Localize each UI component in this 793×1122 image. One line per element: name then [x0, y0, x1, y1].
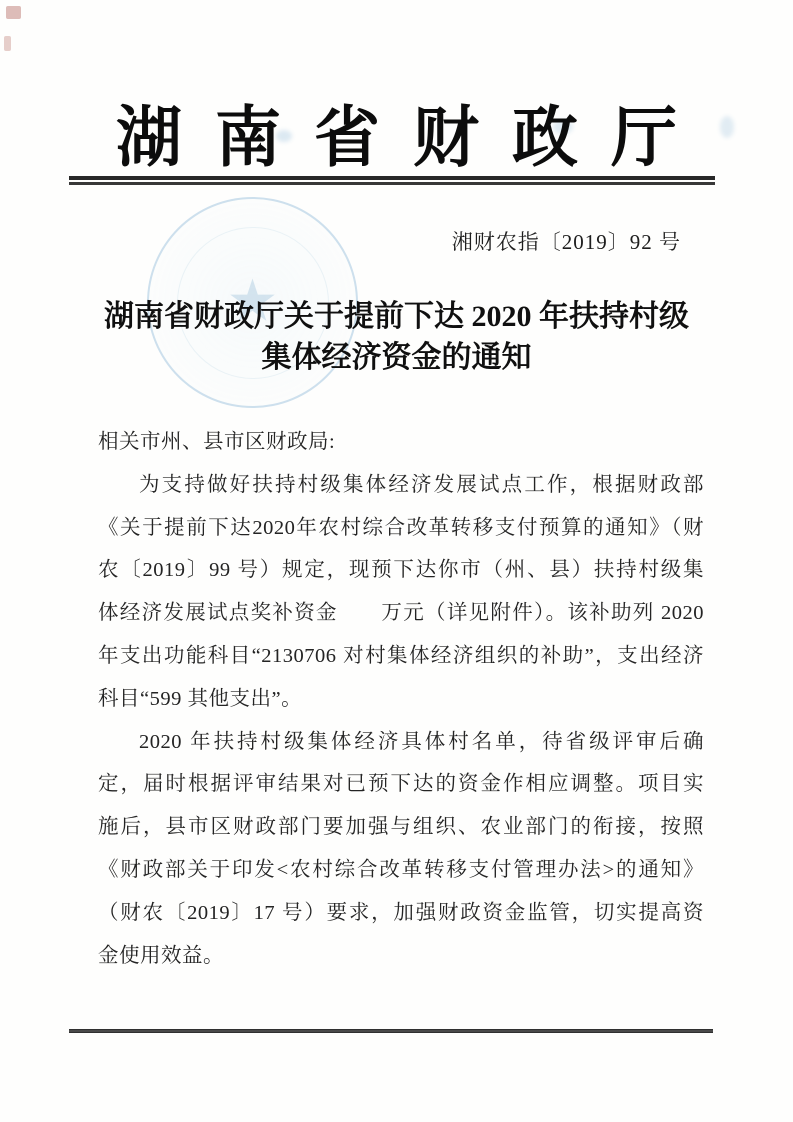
doc-number: 湘财农指〔2019〕92 号 — [452, 226, 681, 256]
footer-rule — [69, 1029, 713, 1033]
body-line: （财农〔2019〕17 号）要求，加强财政资金监管，切实提高资 — [98, 892, 704, 935]
body-line: 年支出功能科目“2130706 对村集体经济组织的补助”，支出经济 — [98, 635, 704, 678]
salutation: 相关市州、县市区财政局: — [98, 421, 704, 464]
body-paragraph-lines: 为支持做好扶持村级集体经济发展试点工作，根据财政部《关于提前下达2020年农村综… — [98, 464, 704, 978]
body-line: 科目“599 其他支出”。 — [98, 678, 704, 721]
body-line: 《财政部关于印发<农村综合改革转移支付管理办法>的通知》 — [98, 849, 704, 892]
title-line-1: 湖南省财政厅关于提前下达 2020 年扶持村级 — [0, 296, 793, 337]
document-page: ★ 湖南省财政厅 湘财农指〔2019〕92 号 湖南省财政厅关于提前下达 202… — [0, 0, 793, 1122]
org-name-header: 湖南省财政厅 — [0, 84, 793, 179]
document-title: 湖南省财政厅关于提前下达 2020 年扶持村级 集体经济资金的通知 — [0, 296, 793, 378]
body-line: 定，届时根据评审结果对已预下达的资金作相应调整。项目实 — [98, 763, 704, 806]
title-line-2: 集体经济资金的通知 — [0, 337, 793, 378]
document-body: 相关市州、县市区财政局: 为支持做好扶持村级集体经济发展试点工作，根据财政部《关… — [98, 421, 704, 977]
body-line: 金使用效益。 — [98, 935, 704, 978]
body-line: 2020 年扶持村级集体经济具体村名单，待省级评审后确 — [98, 721, 704, 764]
body-line: 为支持做好扶持村级集体经济发展试点工作，根据财政部 — [98, 464, 704, 507]
body-line: 体经济发展试点奖补资金 万元（详见附件）。该补助列 2020 — [98, 592, 704, 635]
body-line: 《关于提前下达2020年农村综合改革转移支付预算的通知》（财 — [98, 507, 704, 550]
scan-artifact-mark — [4, 36, 11, 51]
body-line: 农〔2019〕99 号）规定，现预下达你市（州、县）扶持村级集 — [98, 549, 704, 592]
scan-artifact-mark — [6, 6, 21, 19]
header-double-rule — [69, 176, 715, 185]
body-line: 施后，县市区财政部门要加强与组织、农业部门的衔接，按照 — [98, 806, 704, 849]
